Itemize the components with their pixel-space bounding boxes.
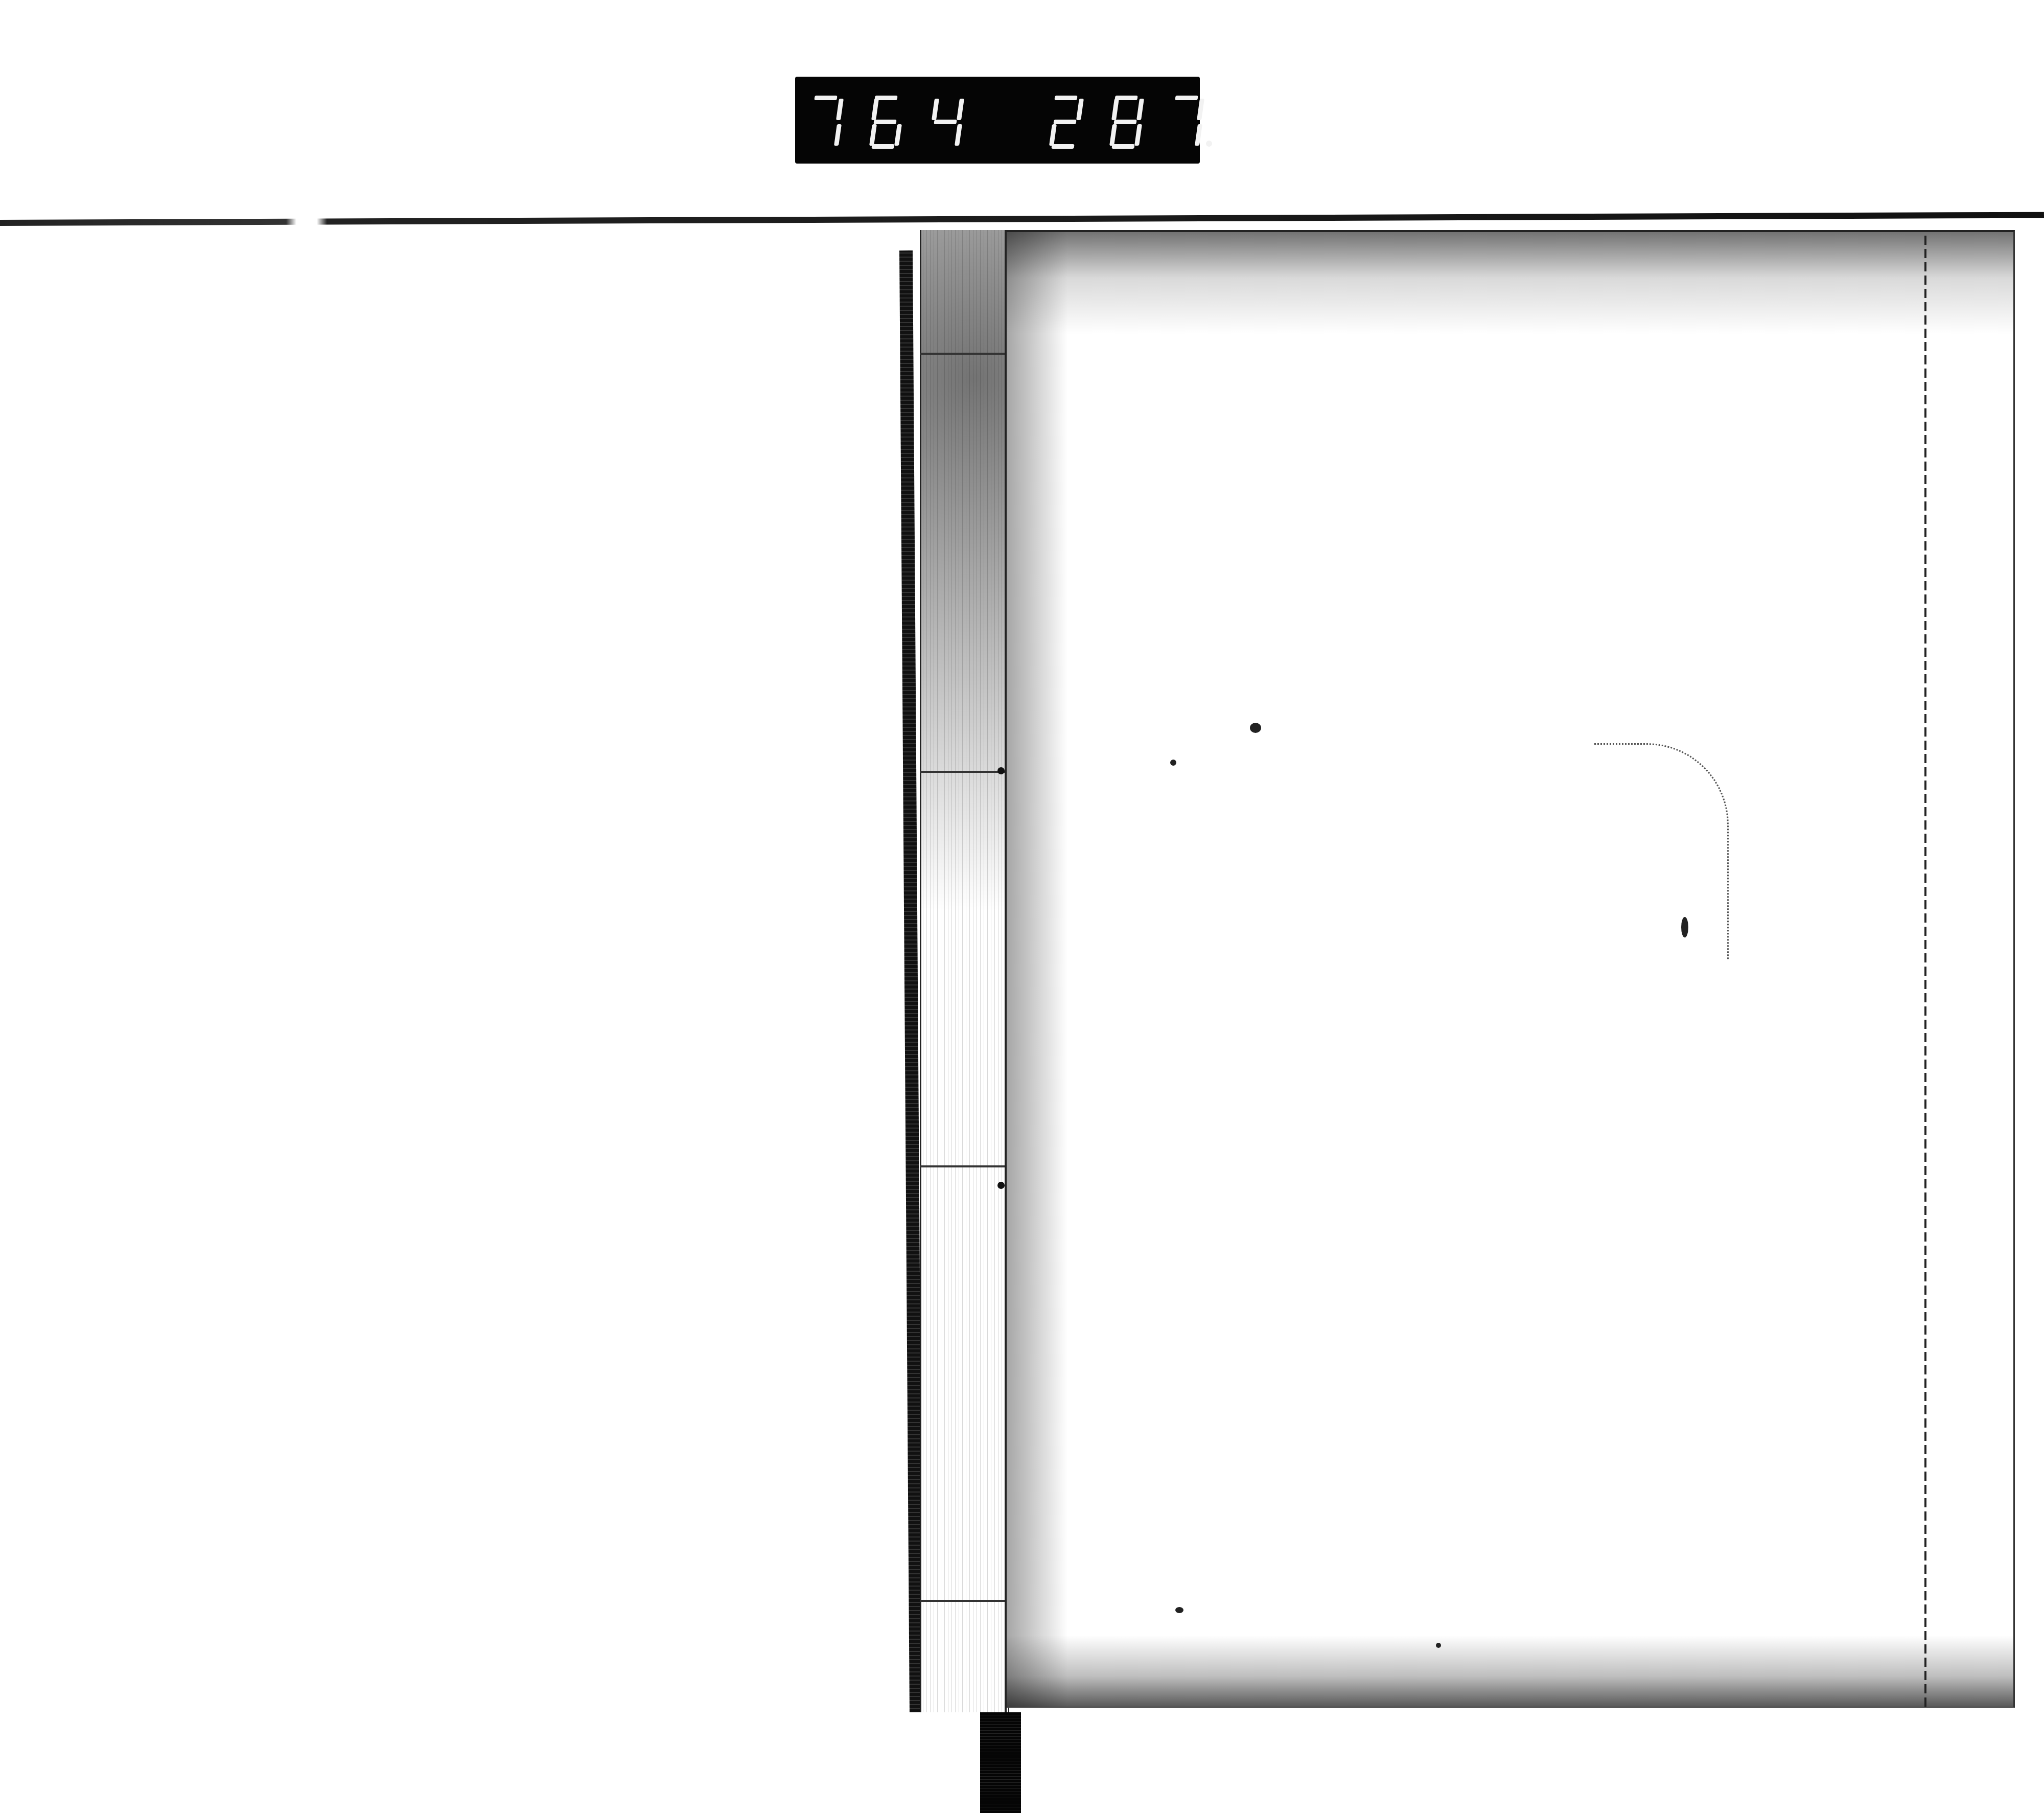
counter-right-group	[1051, 94, 1203, 150]
speck	[1170, 760, 1176, 766]
scan-top-rule	[0, 212, 2044, 226]
binding-stitch	[920, 1165, 1007, 1167]
speck	[1250, 723, 1261, 733]
speck	[1681, 917, 1688, 937]
cover-board	[1007, 230, 2015, 1708]
speck	[1436, 1643, 1441, 1648]
stitch-knot-icon	[997, 767, 1005, 774]
decimal-point-icon	[1206, 141, 1212, 147]
seven-segment-digit	[1111, 96, 1143, 149]
frame-counter-display: 764 287.	[795, 77, 1200, 164]
seven-segment-digit	[931, 96, 963, 149]
left-blank-page	[0, 227, 899, 1812]
book-cover-scan	[904, 230, 2018, 1712]
cover-fold-line	[1924, 232, 1926, 1707]
seven-segment-digit	[871, 96, 902, 149]
book-spine	[920, 230, 1009, 1712]
seven-segment-digit	[1051, 96, 1082, 149]
film-leader-tab	[980, 1712, 1021, 1813]
seven-segment-digit	[1171, 96, 1203, 149]
counter-left-group	[810, 94, 963, 150]
binding-stitch	[920, 353, 1007, 355]
stitch-knot-icon	[997, 1182, 1005, 1189]
binding-stitch	[920, 771, 1007, 773]
surface-crack	[1594, 743, 1729, 959]
seven-segment-digit	[810, 96, 842, 149]
binding-stitch	[920, 1600, 1007, 1602]
speck	[1175, 1607, 1183, 1613]
